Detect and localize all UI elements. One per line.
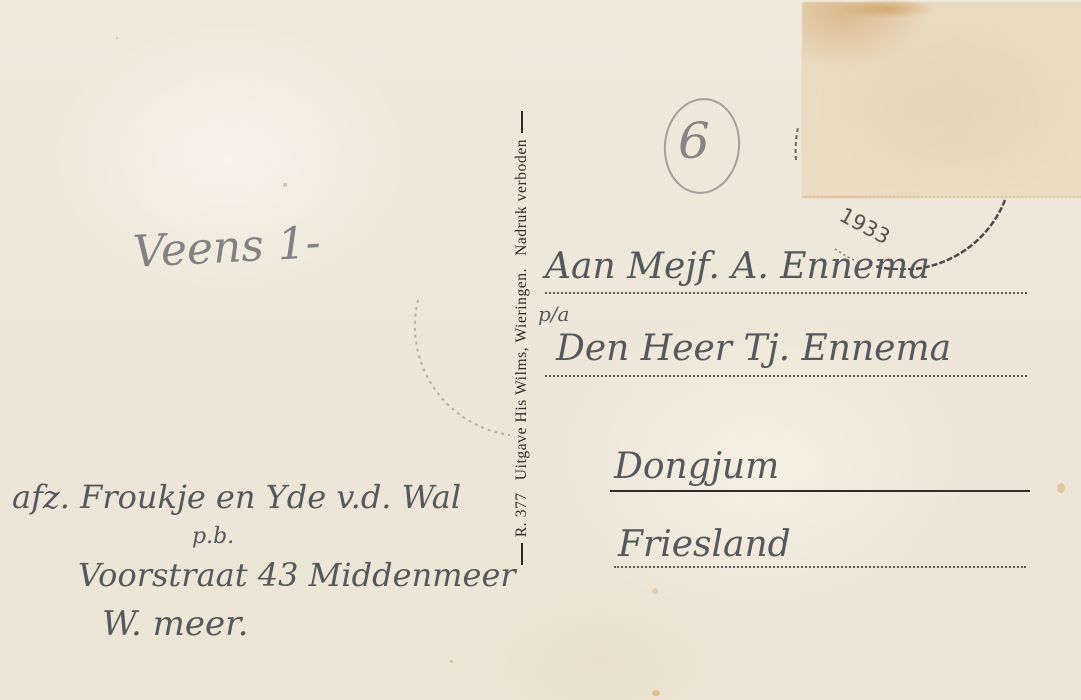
postmark-year: 1933 [835,203,893,249]
address-solid-line-3 [610,490,1030,492]
address-dotted-line-2 [545,375,1027,377]
paper-stain [652,690,660,696]
stamp-stain [828,0,948,22]
divider-rule-left [521,543,523,565]
divider-rule-right [521,111,523,133]
stamp-area-removed [802,2,1081,198]
paper-speck [116,37,118,39]
paper-speck [450,660,453,663]
care-of-mark: p/a [538,302,569,326]
sender-line-1: afz. Froukje en Yde v.d. Wal [12,478,461,516]
postcard-back: 1933 6 Veens 1- R. 377 Uitgave His Wilms… [0,0,1081,700]
recipient-line-3: Dongjum [614,446,779,487]
reprint-notice: Nadruk verboden [513,139,531,256]
paper-speck [283,183,287,187]
pencil-price-note: Veens 1- [132,217,322,278]
recipient-line-2: Den Heer Tj. Ennema [556,328,951,369]
printed-divider: R. 377 Uitgave His Wilms, Wieringen. Nad… [512,38,532,638]
sender-line-3: Voorstraat 43 Middenmeer [78,556,516,594]
circled-number: 6 [678,112,710,170]
address-dotted-line-1 [545,292,1027,294]
recipient-line-1: Aan Mejf. A. Ennema [545,246,930,287]
publisher-text: Uitgave His Wilms, Wieringen. [513,268,531,480]
sender-line-2: p.b. [192,524,234,549]
recipient-line-4: Friesland [618,524,791,565]
paper-stain [652,588,658,594]
address-dotted-line-4 [614,566,1026,568]
series-number: R. 377 [513,492,531,537]
paper-stain [1057,483,1065,493]
sender-line-4: W. meer. [102,604,248,644]
